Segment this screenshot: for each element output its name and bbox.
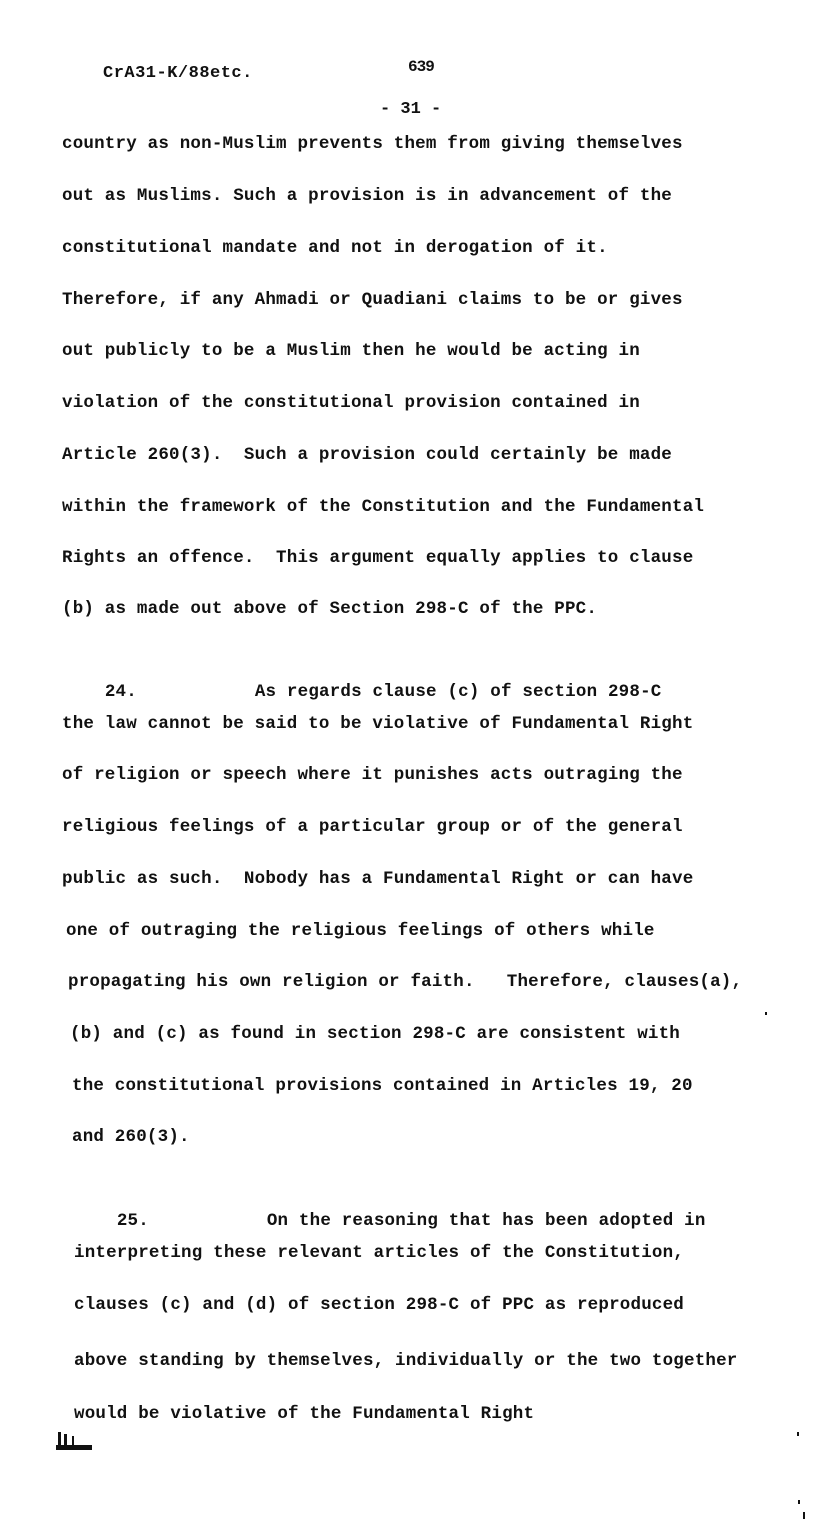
case-reference: CrA31-K/88etc. [103,64,253,83]
text-line: propagating his own religion or faith. T… [68,972,742,992]
text-line: and 260(3). [72,1127,190,1147]
text-line: religious feelings of a particular group… [62,817,683,837]
initials-mark-icon [56,1430,94,1452]
text-line: out as Muslims. Such a provision is in a… [62,186,672,206]
page-stamp: 639 [408,58,434,76]
text-line: the law cannot be said to be violative o… [62,714,693,734]
paragraph-number: 24. [105,682,255,702]
scan-speck [765,1012,767,1015]
text-line: (b) as made out above of Section 298-C o… [62,599,597,619]
text-line: constitutional mandate and not in deroga… [62,238,608,258]
text-line: (b) and (c) as found in section 298-C ar… [70,1024,680,1044]
text-line: Rights an offence. This argument equally… [62,548,693,568]
text-line: one of outraging the religious feelings … [66,921,655,941]
scan-speck [798,1500,800,1504]
text-line: the constitutional provisions contained … [72,1076,693,1096]
scan-speck [803,1512,805,1519]
text-line: public as such. Nobody has a Fundamental… [62,869,693,889]
text-line: out publicly to be a Muslim then he woul… [62,341,640,361]
text-line: As regards clause (c) of section 298-C [255,682,662,702]
scan-speck [797,1432,799,1436]
text-line: would be violative of the Fundamental Ri… [74,1404,534,1424]
text-line: On the reasoning that has been adopted i… [267,1211,706,1231]
text-line: above standing by themselves, individual… [74,1351,738,1371]
document-page: CrA31-K/88etc. 639 - 31 - country as non… [0,0,840,1540]
page-number: - 31 - [380,100,441,119]
text-line: interpreting these relevant articles of … [74,1243,684,1263]
text-line: country as non-Muslim prevents them from… [62,134,683,154]
paragraph-25-heading: 25.On the reasoning that has been adopte… [74,1191,706,1251]
paragraph-24-heading: 24.As regards clause (c) of section 298-… [62,662,661,722]
text-line: Therefore, if any Ahmadi or Quadiani cla… [62,290,683,310]
text-line: within the framework of the Constitution… [62,497,704,517]
text-line: clauses (c) and (d) of section 298-C of … [74,1295,684,1315]
text-line: Article 260(3). Such a provision could c… [62,445,672,465]
text-line: violation of the constitutional provisio… [62,393,640,413]
text-line: of religion or speech where it punishes … [62,765,683,785]
paragraph-number: 25. [117,1211,267,1231]
